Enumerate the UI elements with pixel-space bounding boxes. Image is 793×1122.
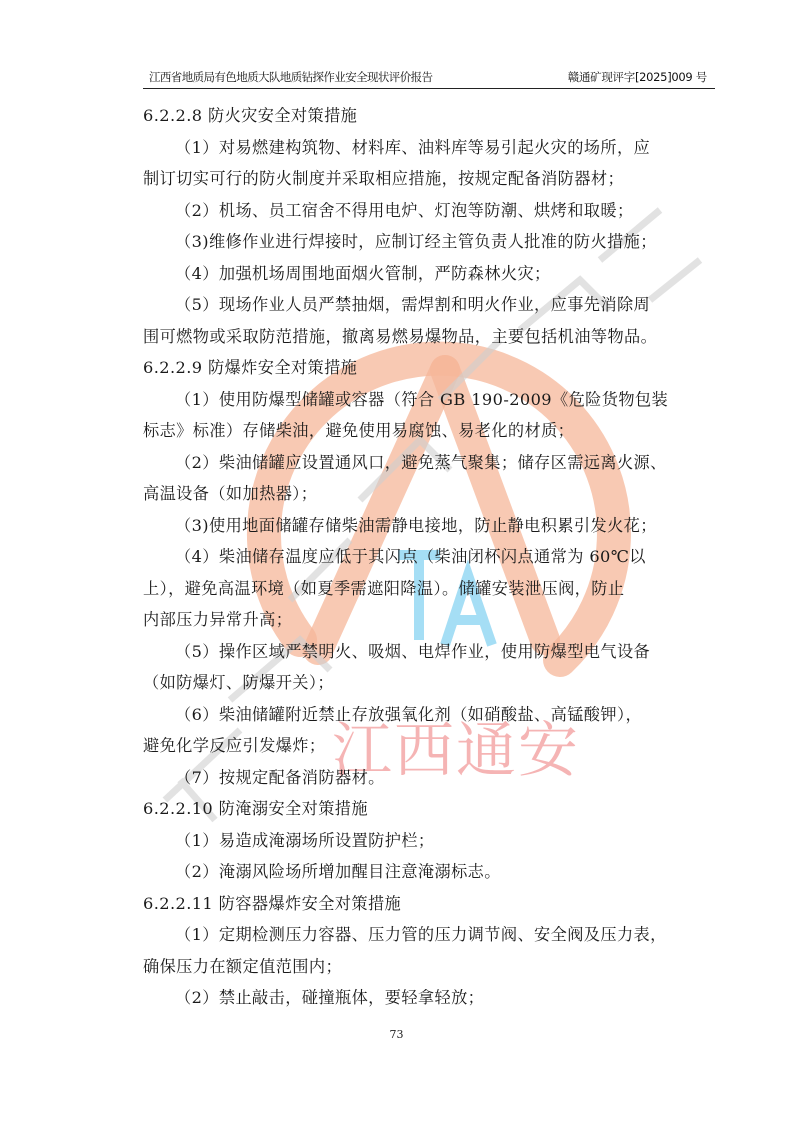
section-vessel-explosion-prevention: 6.2.2.11 防容器爆炸安全对策措施 （1）定期检测压力容器、压力管的压力调…	[143, 888, 715, 1014]
paragraph-line: （1）对易燃建构筑物、材料库、油料库等易引起火灾的场所，应	[143, 132, 715, 164]
page-number: 73	[0, 1028, 793, 1041]
paragraph-line: （2）禁止敲击，碰撞瓶体，要轻拿轻放；	[143, 982, 715, 1014]
paragraph-line: （如防爆灯、防爆开关）；	[143, 667, 715, 699]
report-title: 江西省地质局有色地质大队地质钻探作业安全现状评价报告	[149, 69, 432, 85]
paragraph-line: （4）加强机场周围地面烟火管制，严防森林火灾；	[143, 258, 715, 290]
paragraph-line: （2）机场、员工宿舍不得用电炉、灯泡等防潮、烘烤和取暖；	[143, 195, 715, 227]
paragraph-line: 内部压力异常升高；	[143, 604, 715, 636]
paragraph-line: （3)维修作业进行焊接时，应制订经主管负责人批准的防火措施；	[143, 226, 715, 258]
paragraph-line: 避免化学反应引发爆炸；	[143, 730, 715, 762]
section-explosion-prevention: 6.2.2.9 防爆炸安全对策措施 （1）使用防爆型储罐或容器（符合 GB 19…	[143, 352, 715, 793]
paragraph-line: （6）柴油储罐附近禁止存放强氧化剂（如硝酸盐、高锰酸钾），	[143, 699, 715, 731]
paragraph-line: 围可燃物或采取防范措施，撤离易燃易爆物品，主要包括机油等物品。	[143, 321, 715, 353]
paragraph-line: （4）柴油储存温度应低于其闪点（柴油闭杯闪点通常为 60℃以	[143, 541, 715, 573]
paragraph-line: （2）淹溺风险场所增加醒目注意淹溺标志。	[143, 856, 715, 888]
paragraph-line: 制订切实可行的防火制度并采取相应措施，按规定配备消防器材；	[143, 163, 715, 195]
paragraph-line: （3)使用地面储罐存储柴油需静电接地，防止静电积累引发火花；	[143, 510, 715, 542]
section-heading: 6.2.2.8 防火灾安全对策措施	[143, 100, 715, 132]
paragraph-line: 上），避免高温环境（如夏季需遮阳降温）。储罐安装泄压阀，防止	[143, 573, 715, 605]
section-heading: 6.2.2.9 防爆炸安全对策措施	[143, 352, 715, 384]
paragraph-line: （1）易造成淹溺场所设置防护栏；	[143, 825, 715, 857]
paragraph-line: 确保压力在额定值范围内；	[143, 951, 715, 983]
document-page: 江西省地质局有色地质大队地质钻探作业安全现状评价报告 赣通矿现评字[2025]0…	[0, 0, 793, 1122]
paragraph-line: 标志》标准）存储柴油，避免使用易腐蚀、易老化的材质；	[143, 415, 715, 447]
paragraph-line: （2）柴油储罐应设置通风口，避免蒸气聚集；储存区需远离火源、	[143, 447, 715, 479]
section-heading: 6.2.2.10 防淹溺安全对策措施	[143, 793, 715, 825]
page-header: 江西省地质局有色地质大队地质钻探作业安全现状评价报告 赣通矿现评字[2025]0…	[143, 68, 715, 89]
document-body: 6.2.2.8 防火灾安全对策措施 （1）对易燃建构筑物、材料库、油料库等易引起…	[143, 100, 715, 1014]
document-number: 赣通矿现评字[2025]009 号	[568, 69, 707, 85]
section-drowning-prevention: 6.2.2.10 防淹溺安全对策措施 （1）易造成淹溺场所设置防护栏； （2）淹…	[143, 793, 715, 888]
paragraph-line: （5）现场作业人员严禁抽烟，需焊割和明火作业，应事先消除周	[143, 289, 715, 321]
section-heading: 6.2.2.11 防容器爆炸安全对策措施	[143, 888, 715, 920]
paragraph-line: （5）操作区域严禁明火、吸烟、电焊作业，使用防爆型电气设备	[143, 636, 715, 668]
paragraph-line: （1）定期检测压力容器、压力管的压力调节阀、安全阀及压力表，	[143, 919, 715, 951]
paragraph-line: 高温设备（如加热器）；	[143, 478, 715, 510]
paragraph-line: （7）按规定配备消防器材。	[143, 762, 715, 794]
paragraph-line: （1）使用防爆型储罐或容器（符合 GB 190-2009《危险货物包装	[143, 384, 715, 416]
section-fire-prevention: 6.2.2.8 防火灾安全对策措施 （1）对易燃建构筑物、材料库、油料库等易引起…	[143, 100, 715, 352]
